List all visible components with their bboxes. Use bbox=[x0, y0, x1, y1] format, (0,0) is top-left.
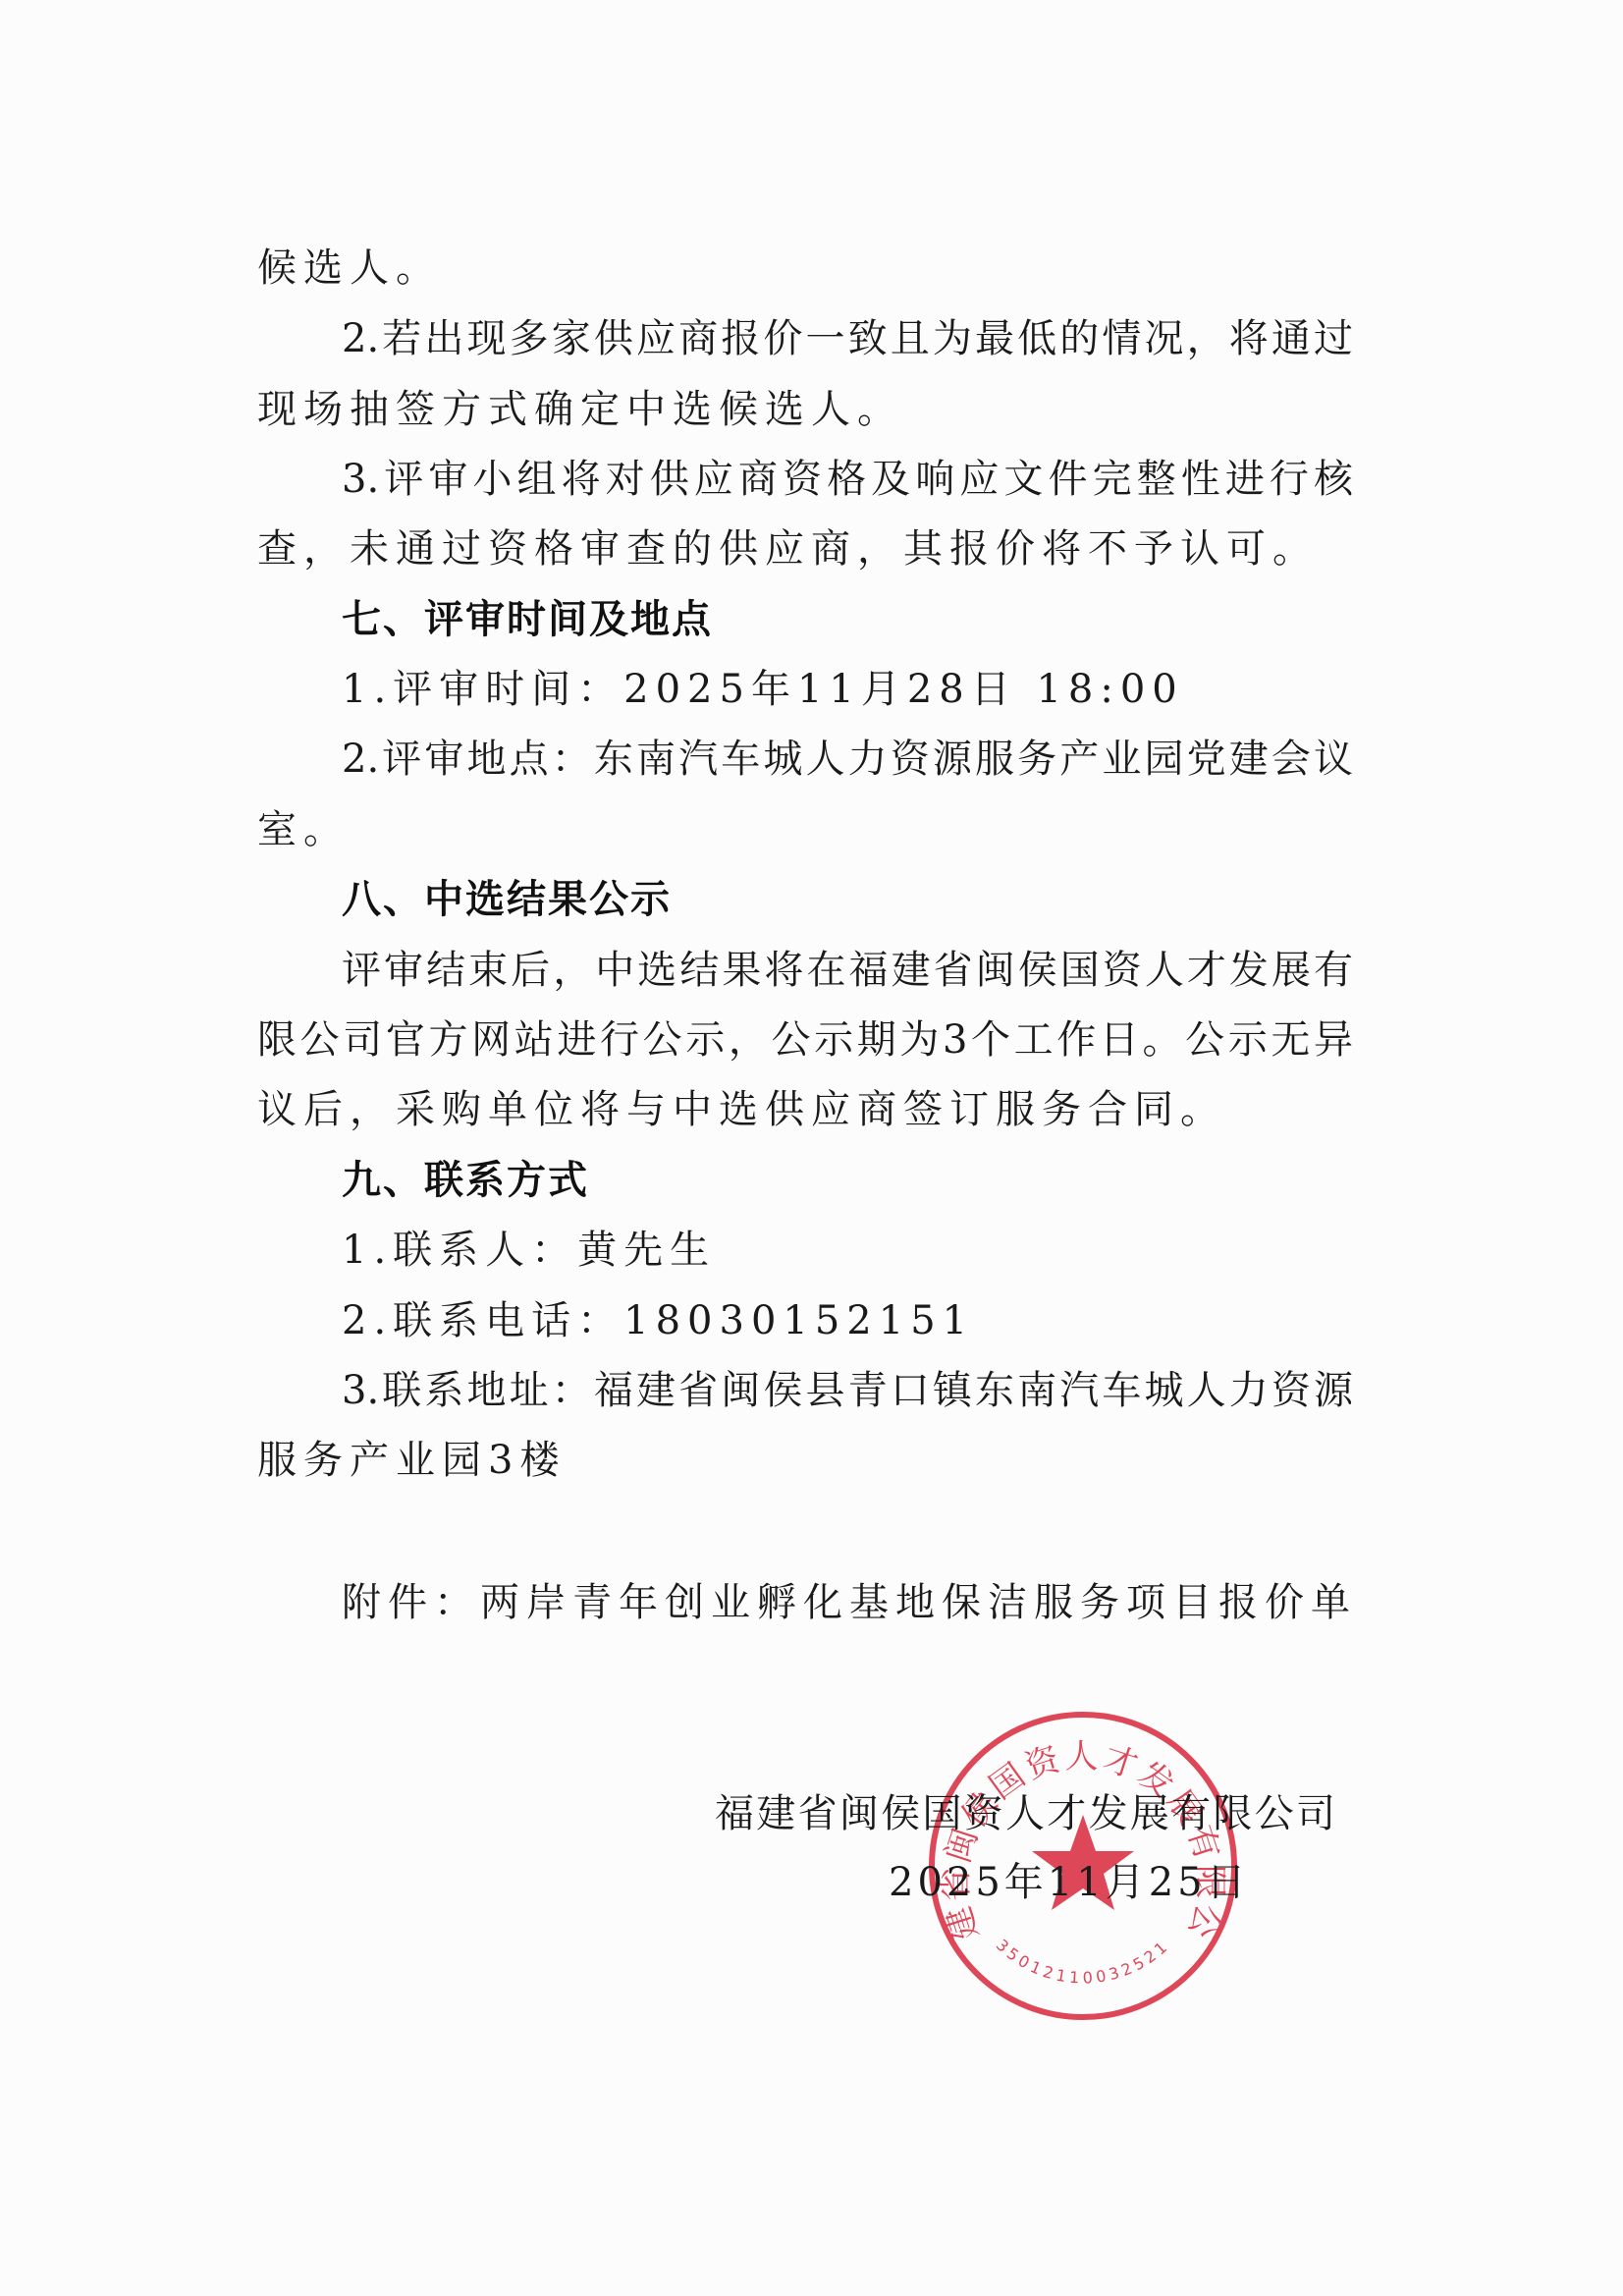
signature-company: 福建省闽侯国资人才发展有限公司 bbox=[715, 1784, 1335, 1843]
signature-date: 2025年11月25日 bbox=[889, 1853, 1219, 1912]
svg-text:35012110032521: 35012110032521 bbox=[993, 1936, 1173, 1988]
body-line: 3.评审小组将对供应商资格及响应文件完整性进行核 bbox=[342, 450, 1353, 509]
review-place: 2.评审地点：东南汽车城人力资源服务产业园党建会议 bbox=[342, 730, 1353, 789]
contact-person: 1.联系人：黄先生 bbox=[342, 1221, 1353, 1280]
body-line: 现场抽签方式确定中选候选人。 bbox=[257, 380, 1353, 439]
contact-phone: 2.联系电话：18030152151 bbox=[342, 1291, 1353, 1350]
contact-address: 3.联系地址：福建省闽侯县青口镇东南汽车城人力资源 bbox=[342, 1361, 1353, 1420]
body-line: 查，未通过资格审查的供应商，其报价将不予认可。 bbox=[257, 519, 1353, 578]
attachment-note: 附件：两岸青年创业孵化基地保洁服务项目报价单 bbox=[342, 1573, 1353, 1632]
body-line: 候选人。 bbox=[257, 239, 1353, 298]
document-page: 候选人。 2.若出现多家供应商报价一致且为最低的情况，将通过 现场抽签方式确定中… bbox=[0, 0, 1623, 2296]
section-heading-contact: 九、联系方式 bbox=[342, 1151, 1353, 1210]
contact-address-cont: 服务产业园3楼 bbox=[257, 1431, 1353, 1490]
review-time: 1.评审时间：2025年11月28日 18:00 bbox=[342, 660, 1353, 719]
body-line: 室。 bbox=[257, 800, 1353, 859]
body-line: 限公司官方网站进行公示，公示期为3个工作日。公示无异 bbox=[257, 1011, 1353, 1069]
body-line: 2.若出现多家供应商报价一致且为最低的情况，将通过 bbox=[342, 309, 1353, 368]
body-line: 议后，采购单位将与中选供应商签订服务合同。 bbox=[257, 1080, 1353, 1139]
body-line: 评审结束后，中选结果将在福建省闽侯国资人才发展有 bbox=[342, 941, 1353, 1000]
section-heading-result-announcement: 八、中选结果公示 bbox=[342, 870, 1353, 929]
seal-code: 35012110032521 bbox=[993, 1936, 1173, 1988]
section-heading-review-time-place: 七、评审时间及地点 bbox=[342, 590, 1353, 649]
